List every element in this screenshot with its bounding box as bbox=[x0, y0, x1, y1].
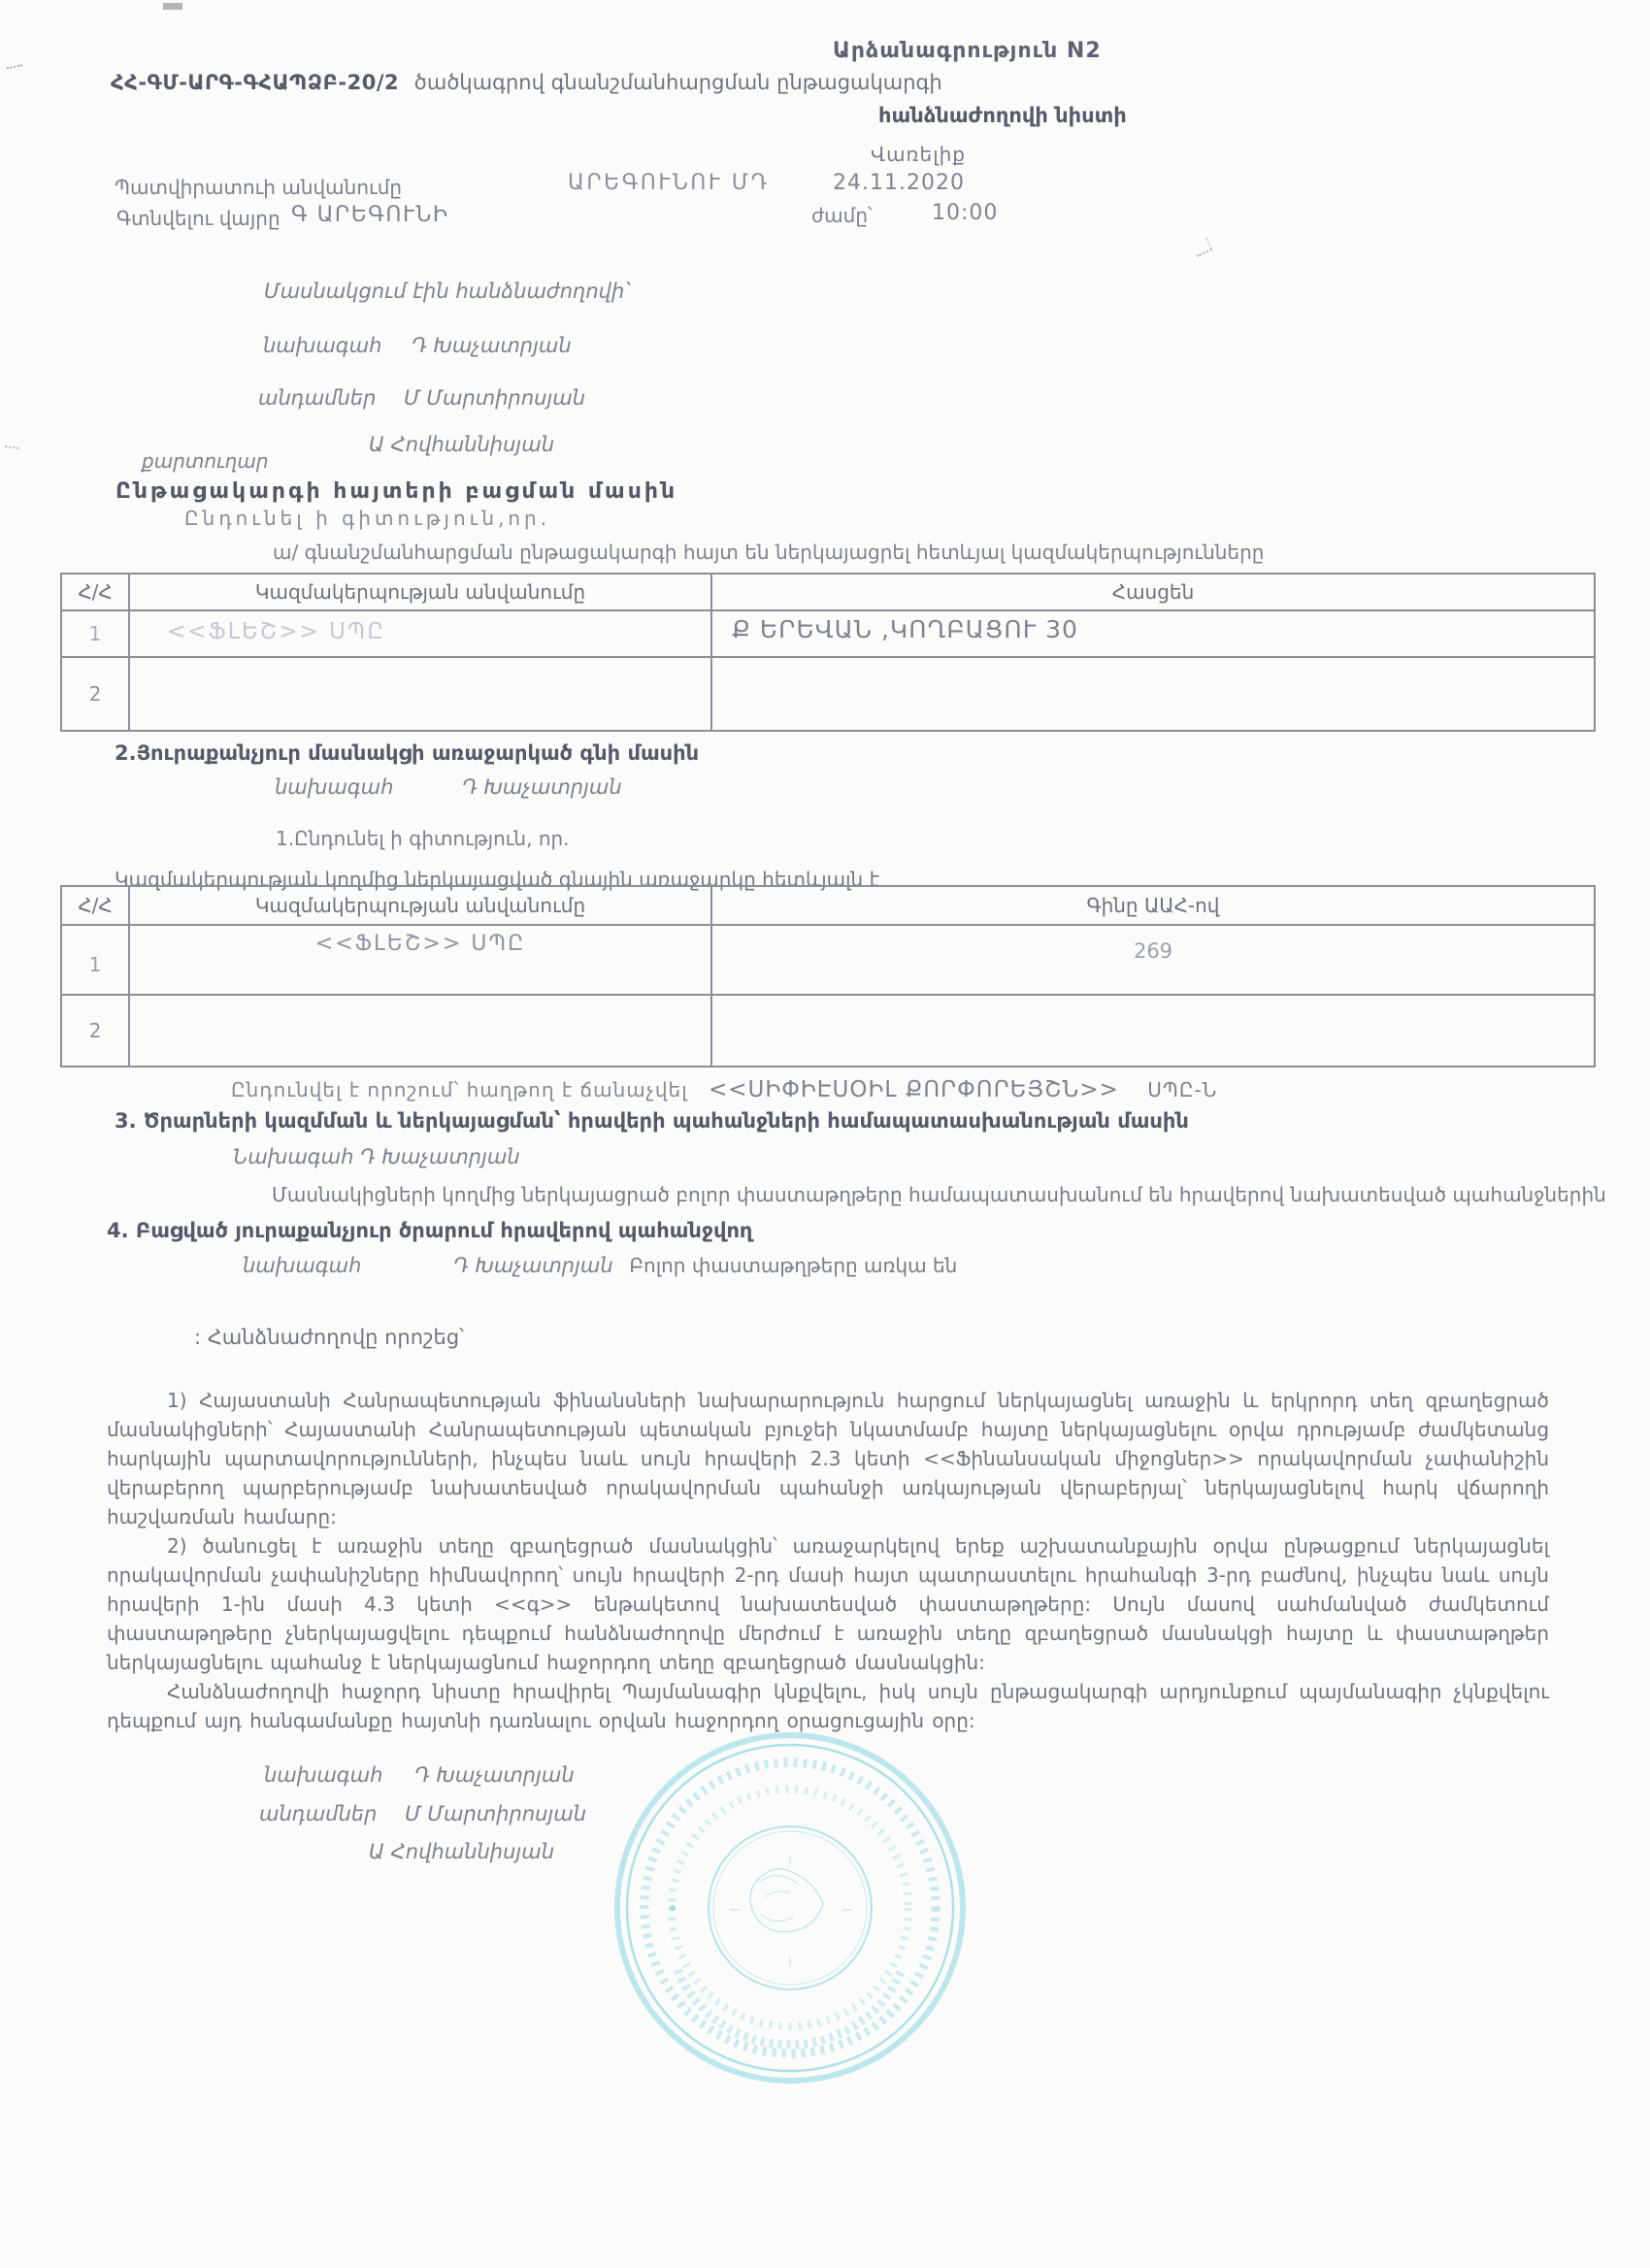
decision-pre: Ընդունվել է որոշում՝ հաղթող է ճանաչվել bbox=[231, 1078, 688, 1101]
chairman-label: նախագահ bbox=[243, 1254, 361, 1277]
section3-chairman: Նախագահ Դ Խաչատրյան bbox=[233, 1145, 520, 1168]
header-organization: Կազմակերպության անվանումը bbox=[130, 575, 712, 609]
table-header-row: Հ/Հ Կազմակերպության անվանումը Գինը ԱԱՀ-ո… bbox=[62, 887, 1594, 924]
applicants-table: Հ/Հ Կազմակերպության անվանումը Հասցեն 1 <… bbox=[60, 573, 1596, 732]
section2-heading: 2.Յուրաքանչյուր մասնակցի առաջարկած գնի մ… bbox=[115, 741, 699, 765]
scan-artifact bbox=[163, 3, 182, 10]
procedure-code-line: ՀՀ-ԳՄ-ԱՐԳ-ԳՀԱՊՁԲ-20/2 ծածկագրով գնանշման… bbox=[111, 71, 942, 94]
row-address bbox=[712, 658, 1594, 730]
table-row: 1 <<ՖԼԵՇ>> ՍՊԸ Ք ԵՐԵՎԱՆ ,ԿՈՂԲԱՑՈՒ 30 bbox=[62, 609, 1594, 656]
chairman-name: Դ Խաչատրյան bbox=[462, 775, 622, 799]
chairman-name: Դ Խաչատրյան bbox=[453, 1254, 613, 1277]
section4-line: նախագահ Դ Խաչատրյան Բոլոր փաստաթղթերը առ… bbox=[243, 1254, 957, 1277]
section1-line-a: ա/ գնանշմանհարցման ընթացակարգի հայտ են ն… bbox=[273, 541, 1264, 564]
row-organization bbox=[130, 658, 712, 730]
resolution-paragraph-1: 1) Հայաստանի Հանրապետության ֆինանսների ն… bbox=[107, 1386, 1549, 1531]
winner-decision-line: Ընդունվել է որոշում՝ հաղթող է ճանաչվել <… bbox=[231, 1077, 1217, 1102]
secretary-label: քարտուղար bbox=[142, 449, 269, 473]
official-stamp bbox=[610, 1727, 971, 2088]
section2-note: 1.Ընդունել ի գիտություն, որ. bbox=[276, 827, 570, 850]
row-address: Ք ԵՐԵՎԱՆ ,ԿՈՂԲԱՑՈՒ 30 bbox=[712, 611, 1594, 656]
time-value: 10:00 bbox=[932, 201, 998, 225]
header-num: Հ/Հ bbox=[62, 575, 130, 609]
header-price: Գինը ԱԱՀ-ով bbox=[712, 887, 1594, 924]
resolution-paragraph-3: Հանձնաժողովի հաջորդ նիստը հրավիրել Պայմա… bbox=[107, 1677, 1549, 1735]
row-num: 2 bbox=[62, 996, 130, 1066]
scan-artifact bbox=[1192, 238, 1212, 257]
header-address: Հասցեն bbox=[712, 575, 1594, 609]
row-price bbox=[712, 996, 1594, 1066]
procedure-code: ՀՀ-ԳՄ-ԱՐԳ-ԳՀԱՊՁԲ-20/2 bbox=[111, 71, 399, 94]
signature-members: անդամներ Մ Մարտիրոսյան bbox=[259, 1802, 586, 1825]
location-label: Գտնվելու վայրը bbox=[116, 207, 280, 230]
scan-artifact bbox=[5, 54, 22, 69]
row-num: 1 bbox=[62, 611, 130, 656]
chairman-label: նախագահ bbox=[275, 775, 393, 799]
participants-intro: Մասնակցում էին հանձնաժողովի՝ bbox=[264, 279, 629, 303]
chairman-label: նախագահ bbox=[264, 1763, 382, 1787]
section4-statement: Բոլոր փաստաթղթերը առկա են bbox=[629, 1254, 957, 1277]
section2-chairman: նախագահ Դ Խաչատրյան bbox=[275, 775, 622, 799]
resolution-body: 1) Հայաստանի Հանրապետության ֆինանսների ն… bbox=[107, 1386, 1549, 1735]
participants-chairman: նախագահ Դ Խաչատրյան bbox=[263, 334, 572, 357]
committee-session-label: հանձնաժողովի նիստի bbox=[878, 104, 1127, 127]
row-num: 2 bbox=[62, 658, 130, 730]
member1-name: Մ Մարտիրոսյան bbox=[404, 386, 585, 410]
procurement-subject: Վառելիք bbox=[871, 143, 966, 166]
table-row: 2 bbox=[62, 656, 1594, 730]
chairman-name: Դ Խաչատրյան bbox=[412, 334, 572, 357]
session-date: 24.11.2020 bbox=[833, 171, 965, 195]
document-title: Արձանագրություն N2 bbox=[833, 39, 1102, 63]
row-organization bbox=[130, 996, 712, 1066]
procedure-code-description: ծածկագրով գնանշմանհարցման ընթացակարգի bbox=[414, 71, 942, 94]
table-row: 1 <<ՖԼԵՇ>> ՍՊԸ 269 bbox=[62, 924, 1594, 994]
price-offers-table: Հ/Հ Կազմակերպության անվանումը Գինը ԱԱՀ-ո… bbox=[60, 885, 1596, 1068]
section4-heading: 4. Բացված յուրաքանչյուր ծրարում հրավերով… bbox=[107, 1219, 752, 1242]
members-label: անդամներ bbox=[258, 386, 376, 410]
chairman-label: նախագահ bbox=[263, 334, 381, 357]
resolution-lead: : Հանձնաժողովը որոշեց՝ bbox=[194, 1326, 464, 1349]
participants-members: անդամներ Մ Մարտիրոսյան bbox=[258, 386, 585, 410]
section3-heading: 3. Ծրարների կազմման և ներկայացման՝ հրավե… bbox=[115, 1109, 1189, 1133]
section1-heading: Ընթացակարգի հայտերի բացման մասին bbox=[115, 479, 677, 504]
resolution-paragraph-2: 2) ծանուցել է առաջին տեղը զբաղեցրած մասն… bbox=[107, 1531, 1549, 1677]
table-row: 2 bbox=[62, 994, 1594, 1066]
client-name-label: Պատվիրատուի անվանումը bbox=[115, 176, 402, 199]
signature-chairman: նախագահ Դ Խաչատրյան bbox=[264, 1763, 575, 1787]
header-organization: Կազմակերպության անվանումը bbox=[130, 887, 712, 924]
header-num: Հ/Հ bbox=[62, 887, 130, 924]
row-organization: <<ՖԼԵՇ>> ՍՊԸ bbox=[130, 611, 712, 656]
scan-artifact bbox=[5, 436, 20, 449]
time-label: ժամը՝ bbox=[811, 204, 873, 227]
table-header-row: Հ/Հ Կազմակերպության անվանումը Հասցեն bbox=[62, 575, 1594, 609]
winner-company-name: <<ՍԻՓԻԷՍՕԻԼ ՔՈՐՓՈՐԵՅՇՆ>> bbox=[709, 1077, 1119, 1102]
row-organization: <<ՖԼԵՇ>> ՍՊԸ bbox=[130, 926, 712, 994]
member2-name: Ա Հովհաննիսյան bbox=[369, 433, 554, 456]
row-price: 269 bbox=[712, 926, 1594, 994]
row-num: 1 bbox=[62, 926, 130, 994]
chairman-name: Դ Խաչատրյան bbox=[414, 1763, 575, 1787]
section1-note: Ընդունել ի գիտություն,որ. bbox=[184, 507, 550, 530]
member1-name: Մ Մարտիրոսյան bbox=[405, 1802, 586, 1825]
location-value: Գ ԱՐԵԳՈՒՆԻ bbox=[291, 203, 449, 227]
client-name-value: ԱՐԵԳՈՒՆՈՒ ՄԴ bbox=[568, 171, 770, 195]
member2-name: Ա Հովհաննիսյան bbox=[369, 1840, 554, 1863]
members-label: անդամներ bbox=[259, 1802, 377, 1825]
section3-line: Մասնակիցների կողմից ներկայացրած բոլոր փա… bbox=[272, 1183, 1606, 1206]
winner-company-type: ՍՊԸ-Ն bbox=[1147, 1078, 1217, 1101]
